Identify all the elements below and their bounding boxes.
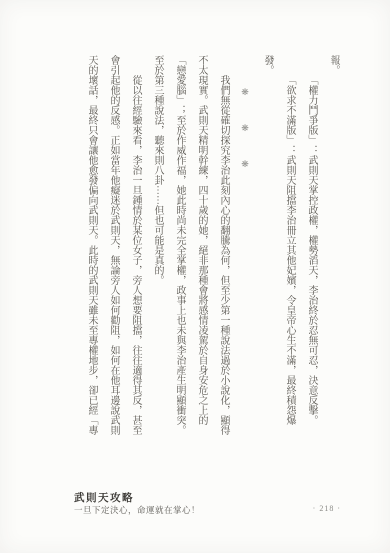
- paragraph-analysis: 我們無從確切探究李治此刻內心的翻騰為何，但至少第一種說法過於小說化，顯得不太現實…: [146, 55, 234, 437]
- paragraph-continuation: 報。: [322, 55, 344, 437]
- paragraph-experience: 從以往經驗來看，李治一旦鍾情於某位女子，旁人想要阻擋，往往適得其反，甚至會引起他…: [80, 55, 146, 437]
- vertical-text-block: 報。 「權力鬥爭版」：武則天掌控政權，權勢滔天，李治終於忍無可忍，決意反擊。 「…: [80, 55, 344, 437]
- paragraph-power-struggle-version: 「權力鬥爭版」：武則天掌控政權，權勢滔天，李治終於忍無可忍，決意反擊。: [300, 55, 322, 437]
- paragraph-unsatisfied-version: 「欲求不滿版」：武則天阻擋李治冊立其他妃嬪，令皇帝心生不滿，最終積怨爆發。: [256, 55, 300, 437]
- book-title: 武則天攻略: [74, 490, 134, 505]
- page-number: · 218 ·: [313, 504, 341, 513]
- book-tagline: 一旦下定決心，命運就在掌心！: [74, 504, 200, 516]
- book-page-scan: { "body": { "paragraphs": [ { "text": "報…: [0, 0, 390, 553]
- page-footer: 武則天攻略 一旦下定決心，命運就在掌心！ · 218 ·: [0, 488, 390, 522]
- section-separator-ornament: ❋❋❋: [234, 55, 256, 437]
